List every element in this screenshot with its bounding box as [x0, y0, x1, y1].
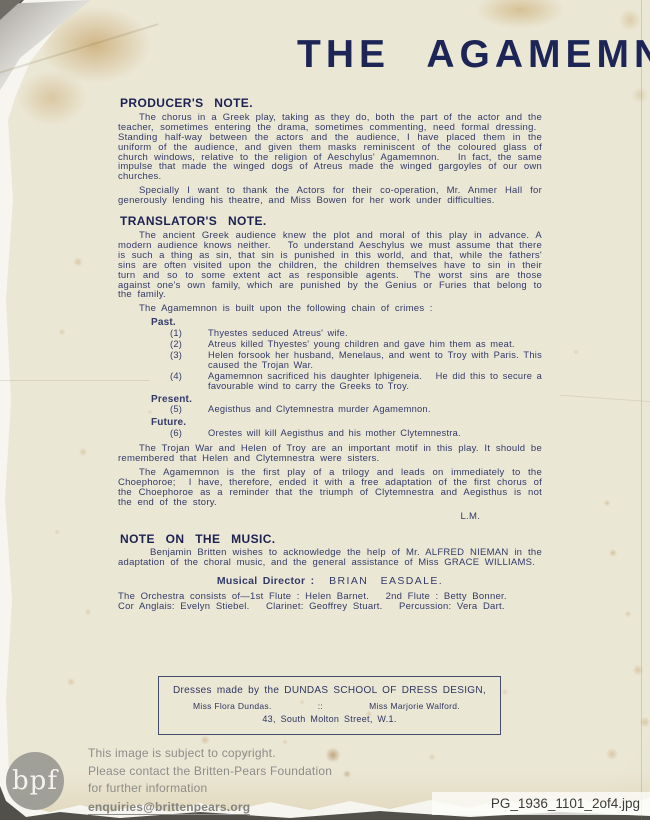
crimes-group-label-future: Future.: [151, 418, 542, 428]
musical-director-name: BRIAN EASDALE.: [329, 575, 443, 587]
musical-director-label: Musical Director :: [217, 575, 315, 587]
translators-note-paragraph: The Trojan War and Helen of Troy are an …: [118, 444, 542, 464]
fold-line: [641, 0, 642, 820]
producers-note-paragraph: Specially I want to thank the Actors for…: [118, 186, 542, 206]
music-note-heading: NOTE ON THE MUSIC.: [120, 535, 542, 545]
dressmaker-name-right: Miss Marjorie Walford.: [369, 701, 460, 711]
dressmakers-credit-line: Dresses made by the DUNDAS SCHOOL OF DRE…: [159, 685, 500, 696]
producers-note-paragraph: The chorus in a Greek play, taking as th…: [118, 113, 542, 182]
page-title: THE AGAMEMNON: [297, 33, 650, 77]
crime-item: (1) Thyestes seduced Atreus' wife.: [170, 329, 542, 339]
crimes-group-label-present: Present.: [151, 395, 542, 405]
crime-text: Thyestes seduced Atreus' wife.: [208, 329, 542, 339]
crime-number: (6): [170, 429, 208, 439]
copyright-watermark: This image is subject to copyright. Plea…: [88, 745, 332, 816]
crime-text: Aegisthus and Clytemnestra murder Agamem…: [208, 405, 542, 415]
translator-signature: L.M.: [118, 512, 542, 522]
crime-item: (5) Aegisthus and Clytemnestra murder Ag…: [170, 405, 542, 415]
musical-director-line: Musical Director : BRIAN EASDALE.: [118, 577, 542, 587]
programme-text: PRODUCER'S NOTE. The chorus in a Greek p…: [118, 99, 542, 612]
translators-note-heading: TRANSLATOR'S NOTE.: [120, 217, 542, 227]
orchestra-line: Cor Anglais: Evelyn Stiebel. Clarinet: G…: [118, 602, 542, 612]
crime-number: (1): [170, 329, 208, 339]
crime-item: (4) Agamemnon sacrificed his daughter Ip…: [170, 372, 542, 392]
crime-number: (4): [170, 372, 208, 392]
producers-note-heading: PRODUCER'S NOTE.: [120, 99, 542, 109]
chain-of-crimes-intro: The Agamemnon is built upon the followin…: [118, 304, 542, 314]
crime-text: Atreus killed Thyestes' young children a…: [208, 340, 542, 350]
dressmakers-credit-box: Dresses made by the DUNDAS SCHOOL OF DRE…: [158, 676, 501, 735]
crime-item: (3) Helen forsook her husband, Menelaus,…: [170, 351, 542, 371]
copyright-line: Please contact the Britten-Pears Foundat…: [88, 763, 332, 781]
crime-text: Agamemnon sacrificed his daughter Iphige…: [208, 372, 542, 392]
crime-text: Orestes will kill Aegisthus and his moth…: [208, 429, 542, 439]
crime-number: (2): [170, 340, 208, 350]
crime-number: (3): [170, 351, 208, 371]
crime-number: (5): [170, 405, 208, 415]
contact-email-link[interactable]: enquiries@brittenpears.org: [88, 800, 250, 815]
crime-text: Helen forsook her husband, Menelaus, and…: [208, 351, 542, 371]
music-note-paragraph: Benjamin Britten wishes to acknowledge t…: [118, 548, 542, 568]
scanned-programme-page: THE AGAMEMNON PRODUCER'S NOTE. The choru…: [0, 0, 650, 820]
dressmaker-name-left: Miss Flora Dundas.: [193, 701, 272, 711]
bpf-logo: bpf: [6, 752, 64, 810]
copyright-line: This image is subject to copyright.: [88, 745, 332, 763]
crimes-group-label-past: Past.: [151, 318, 542, 328]
translators-note-paragraph: The ancient Greek audience knew the plot…: [118, 231, 542, 300]
copyright-line: for further information: [88, 780, 332, 798]
dressmakers-names-row: Miss Flora Dundas. :: Miss Marjorie Walf…: [159, 701, 500, 711]
dressmakers-separator: ::: [318, 701, 323, 711]
bpf-logo-text: bpf: [12, 766, 58, 796]
translators-note-paragraph: The Agamemnon is the first play of a tri…: [118, 468, 542, 508]
image-filename-label: PG_1936_1101_2of4.jpg: [432, 792, 650, 815]
dressmakers-address: 43, South Molton Street, W.1.: [159, 714, 500, 724]
crime-item: (6) Orestes will kill Aegisthus and his …: [170, 429, 542, 439]
crime-item: (2) Atreus killed Thyestes' young childr…: [170, 340, 542, 350]
